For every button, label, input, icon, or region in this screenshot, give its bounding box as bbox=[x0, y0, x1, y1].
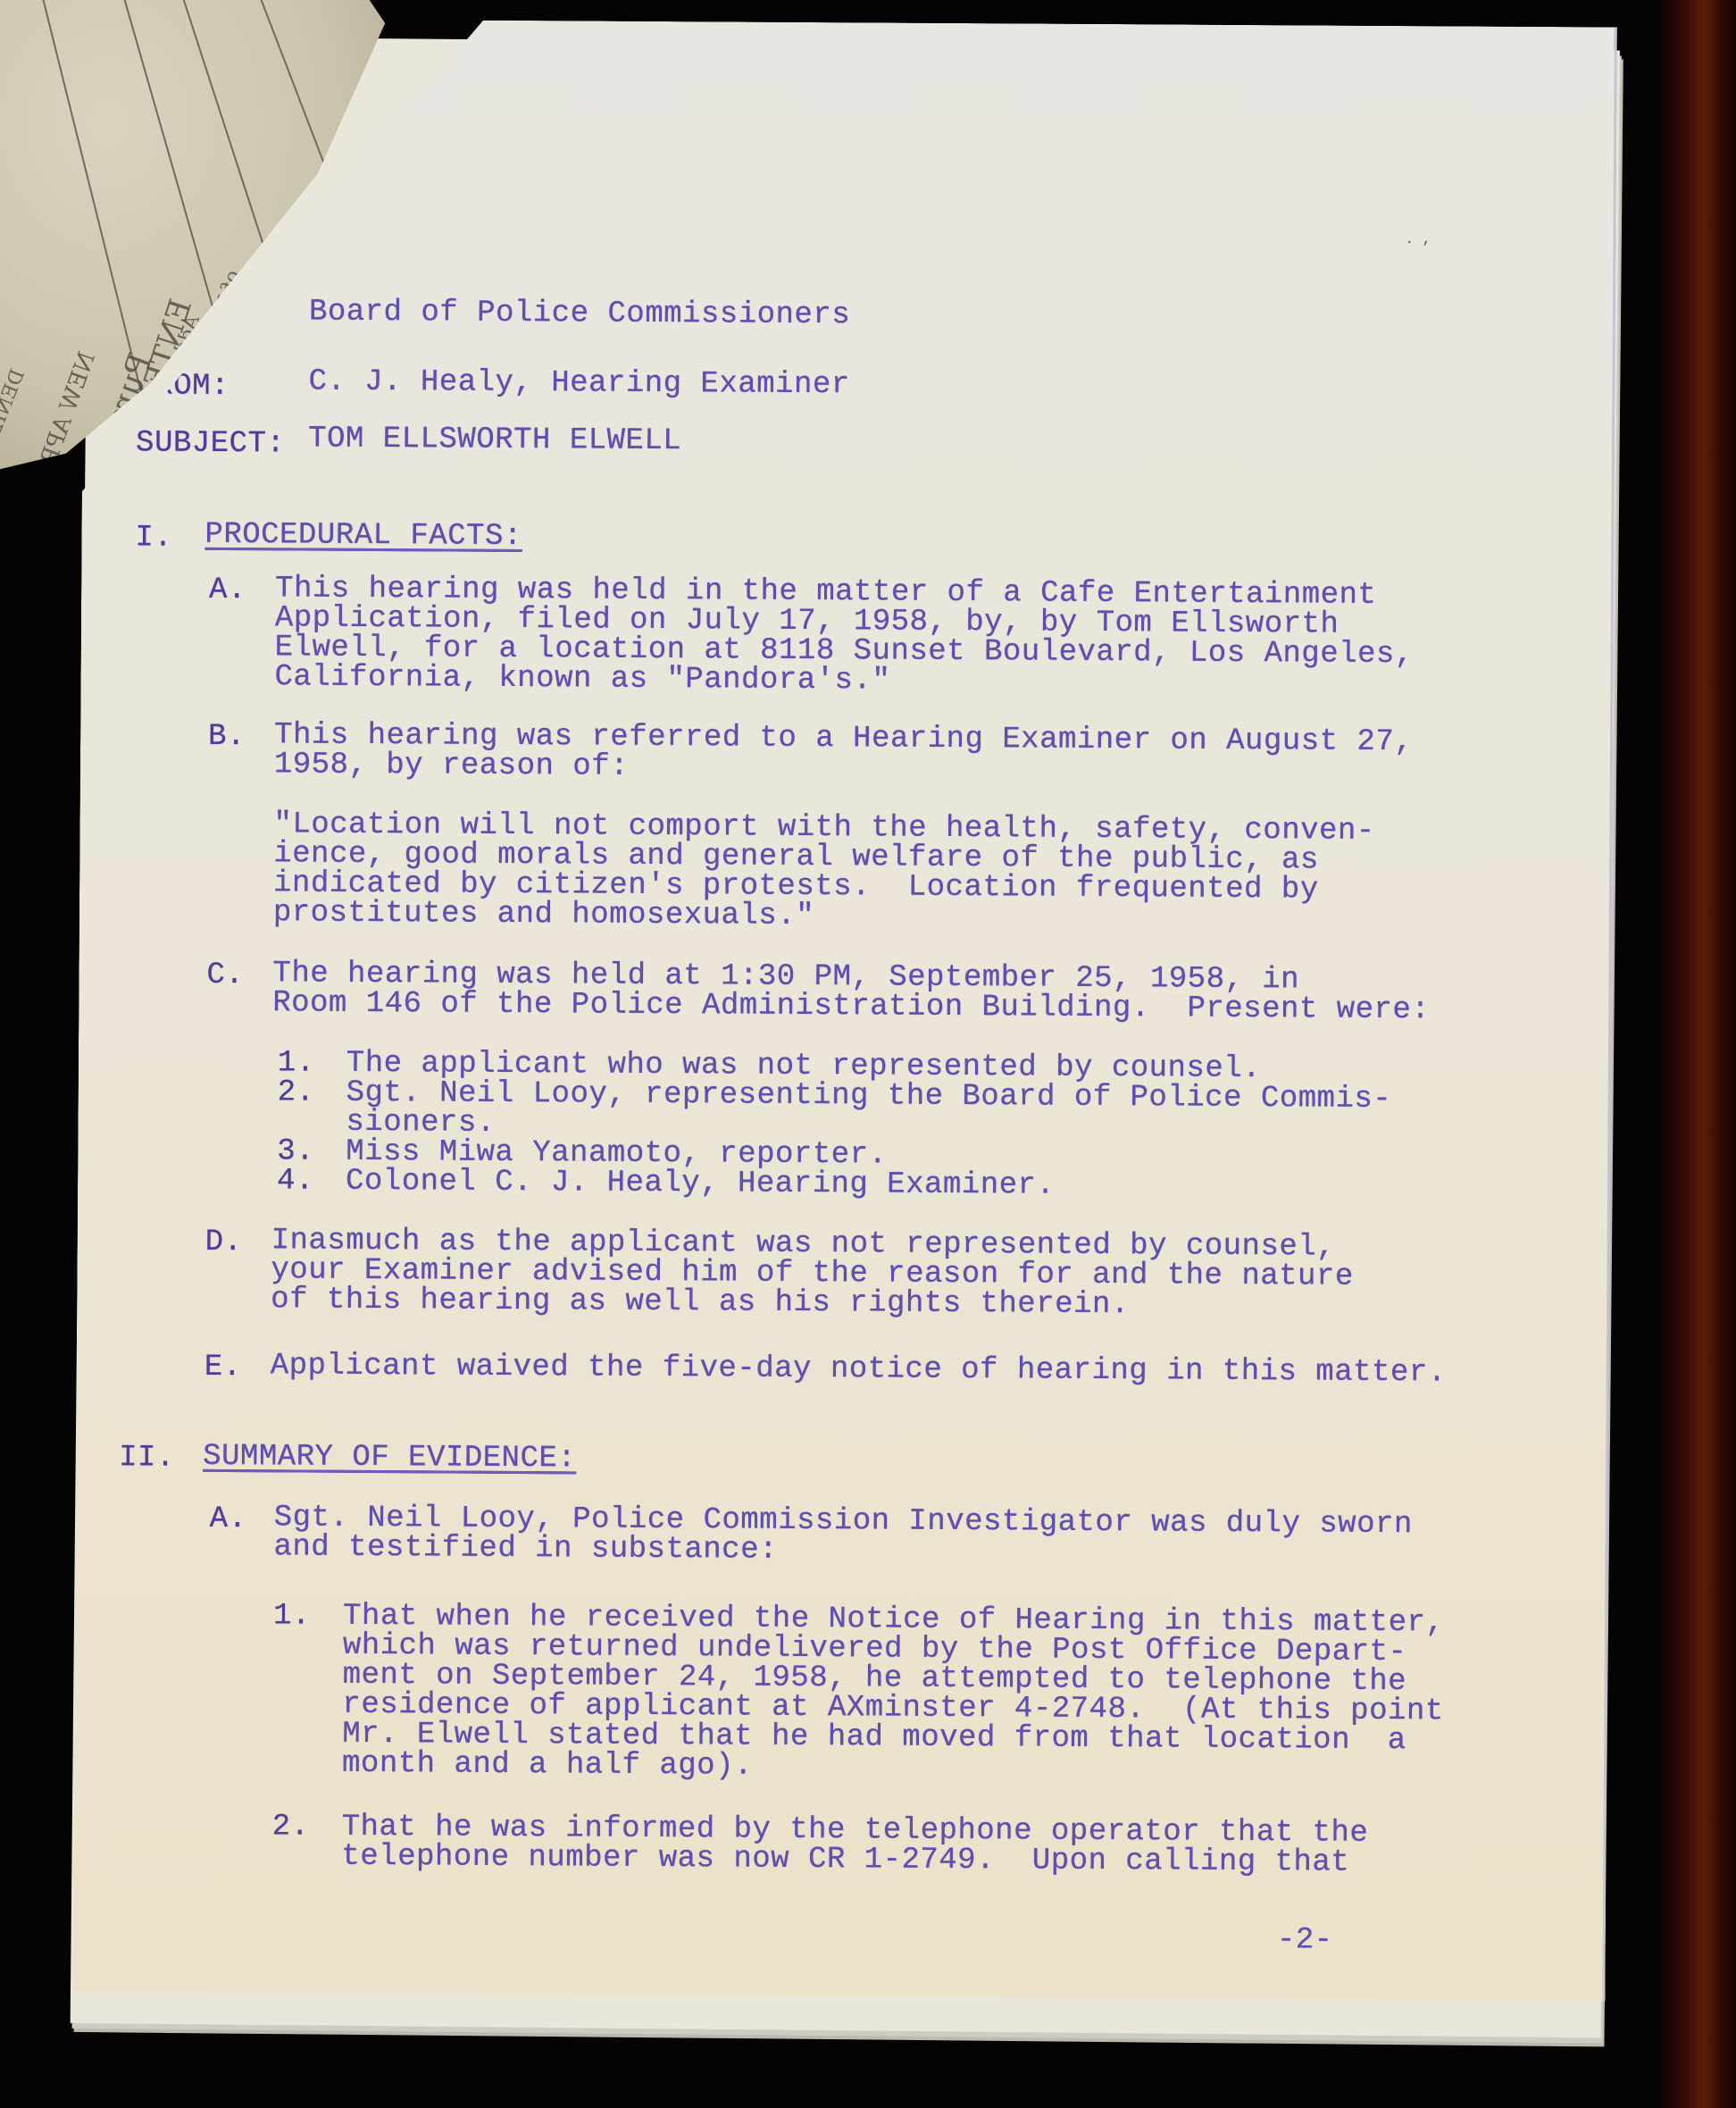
stamp-denied: DENIED bbox=[0, 366, 29, 454]
list-number: 3. bbox=[277, 1137, 314, 1167]
item-letter: B. bbox=[208, 723, 246, 752]
list-number: 2. bbox=[272, 1812, 310, 1842]
item-letter: A. bbox=[209, 576, 246, 606]
section-1-numeral: I. bbox=[135, 523, 172, 553]
list-line: telephone number was now CR 1-2749. Upon… bbox=[341, 1843, 1349, 1878]
wood-surface bbox=[1659, 0, 1736, 2108]
list-number: 1. bbox=[278, 1049, 315, 1078]
subject-value: TOM ELLSWORTH ELWELL bbox=[308, 425, 681, 457]
speck-marks-right: . , bbox=[1405, 231, 1431, 247]
paragraph-line: California, known as "Pandora's." bbox=[274, 663, 890, 696]
section-1-title: PROCEDURAL FACTS: bbox=[204, 521, 522, 552]
from-value: C. J. Healy, Hearing Examiner bbox=[308, 368, 849, 401]
list-line: Sgt. Neil Looy, representing the Board o… bbox=[346, 1079, 1392, 1115]
list-line: month and a half ago). bbox=[342, 1750, 753, 1782]
paragraph-line: and testified in substance: bbox=[273, 1533, 778, 1565]
item-letter: E. bbox=[204, 1353, 242, 1383]
item-letter: A. bbox=[210, 1505, 247, 1535]
memo-page: . . . , TO: Board of Police Commissioner… bbox=[72, 18, 1616, 2001]
list-line: Colonel C. J. Healy, Hearing Examiner. bbox=[346, 1167, 1056, 1201]
page-number: -2- bbox=[1277, 1926, 1333, 1955]
subject-label: SUBJECT: bbox=[136, 429, 285, 459]
item-letter: C. bbox=[206, 961, 244, 991]
paragraph-line: 1958, by reason of: bbox=[274, 750, 629, 782]
paragraph-line: Applicant waived the five-day notice of … bbox=[271, 1351, 1447, 1388]
list-line: sioners. bbox=[346, 1108, 495, 1139]
list-number: 1. bbox=[273, 1602, 311, 1631]
list-number: 2. bbox=[278, 1078, 315, 1108]
item-letter: D. bbox=[205, 1228, 243, 1258]
to-value: Board of Police Commissioners bbox=[309, 298, 850, 331]
paragraph-line: of this hearing as well as his rights th… bbox=[271, 1285, 1130, 1320]
list-number: 4. bbox=[277, 1167, 314, 1196]
quoted-reason-line: prostitutes and homosexuals." bbox=[273, 899, 814, 932]
section-2-numeral: II. bbox=[119, 1443, 175, 1473]
paragraph-line: Room 146 of the Police Administration Bu… bbox=[272, 989, 1430, 1025]
section-2-title: SUMMARY OF EVIDENCE: bbox=[203, 1443, 576, 1475]
